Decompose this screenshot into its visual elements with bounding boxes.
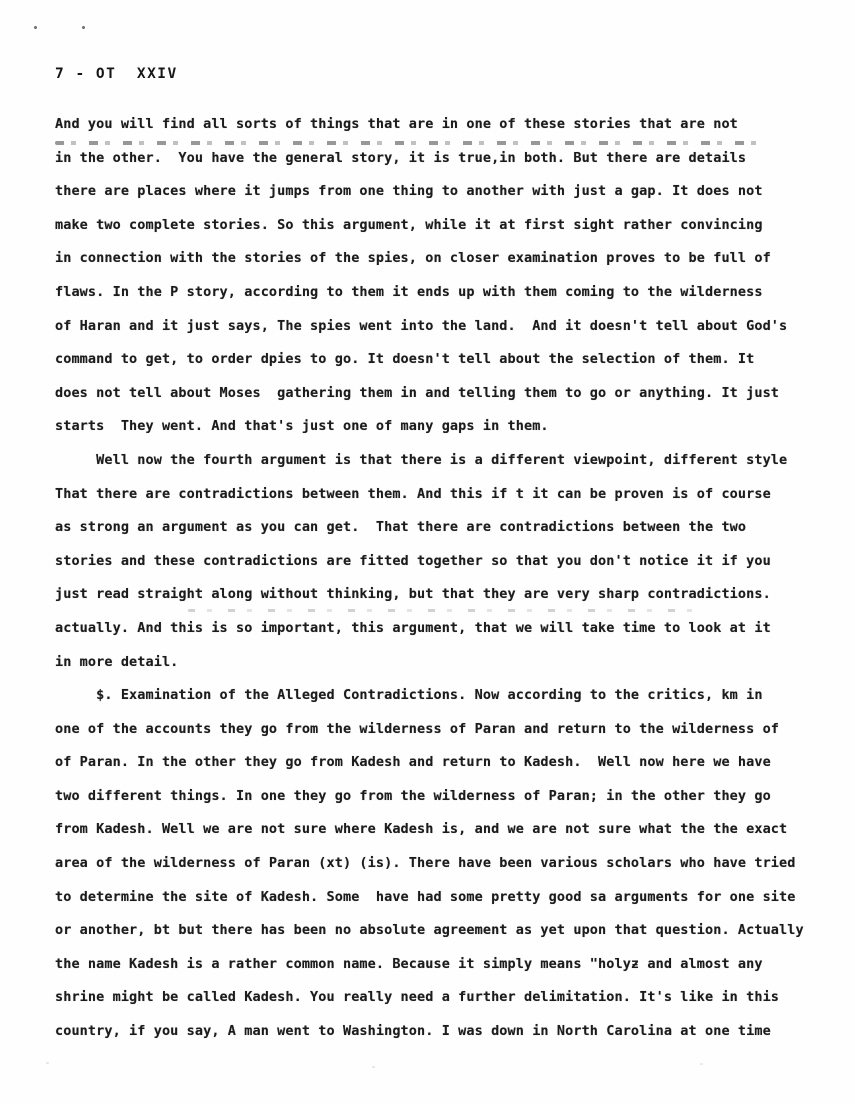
ink-speck <box>700 1063 703 1065</box>
text-line: just read straight along without thinkin… <box>55 578 825 612</box>
page-body: And you will find all sorts of things th… <box>55 108 825 1049</box>
text-line: or another, bt but there has been no abs… <box>55 914 825 948</box>
ink-speck <box>46 1062 49 1064</box>
text-line: country, if you say, A man went to Washi… <box>55 1015 825 1049</box>
text-line: That there are contradictions between th… <box>55 478 825 512</box>
text-line: in connection with the stories of the sp… <box>55 242 825 276</box>
text-line: there are places where it jumps from one… <box>55 175 825 209</box>
page-header: 7 - OT XXIV <box>55 66 178 82</box>
text-line: from Kadesh. Well we are not sure where … <box>55 813 825 847</box>
text-line: starts They went. And that's just one of… <box>55 410 825 444</box>
text-line: of Haran and it just says, The spies wen… <box>55 310 825 344</box>
text-line: to determine the site of Kadesh. Some ha… <box>55 881 825 915</box>
text-line: area of the wilderness of Paran (xt) (is… <box>55 847 825 881</box>
text-line: as strong an argument as you can get. Th… <box>55 511 825 545</box>
ink-speck <box>372 1066 375 1068</box>
text-line: make two complete stories. So this argum… <box>55 209 825 243</box>
ink-speck <box>34 26 37 29</box>
text-line: stories and these contradictions are fit… <box>55 545 825 579</box>
text-line: two different things. In one they go fro… <box>55 780 825 814</box>
text-line: Well now the fourth argument is that the… <box>55 444 825 478</box>
text-line: of Paran. In the other they go from Kade… <box>55 746 825 780</box>
text-line: shrine might be called Kadesh. You reall… <box>55 981 825 1015</box>
text-line: the name Kadesh is a rather common name.… <box>55 948 825 982</box>
text-line: in more detail. <box>55 646 825 680</box>
document-page: 7 - OT XXIV And you will find all sorts … <box>0 0 855 1104</box>
text-line: one of the accounts they go from the wil… <box>55 713 825 747</box>
text-line: actually. And this is so important, this… <box>55 612 825 646</box>
text-line: command to get, to order dpies to go. It… <box>55 343 825 377</box>
text-line: does not tell about Moses gathering them… <box>55 377 825 411</box>
ink-speck <box>82 26 85 29</box>
text-line: $. Examination of the Alleged Contradict… <box>55 679 825 713</box>
text-line: And you will find all sorts of things th… <box>55 108 825 142</box>
text-line: flaws. In the P story, according to them… <box>55 276 825 310</box>
text-line: in the other. You have the general story… <box>55 142 825 176</box>
